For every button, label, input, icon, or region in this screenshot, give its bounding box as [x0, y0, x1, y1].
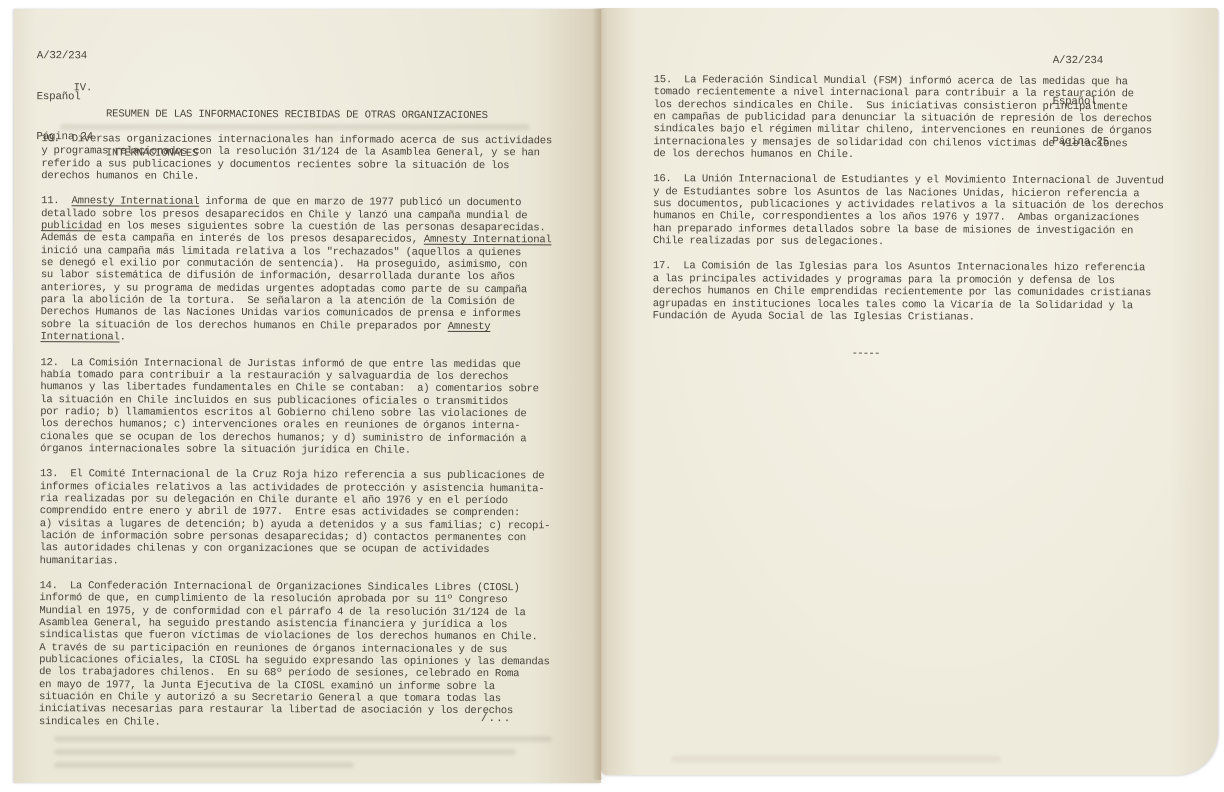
- right-page-body: 15. La Federación Sindical Mundial (FSM)…: [653, 74, 1165, 337]
- paragraph-12: 12. La Comisión Internacional de Jurista…: [40, 357, 551, 458]
- paragraph-17: 17. La Comisión de las Iglesias para los…: [653, 261, 1164, 325]
- underlined-text: Amnesty International: [424, 234, 552, 247]
- paragraph-14: 14. La Confederación Internacional de Or…: [39, 580, 550, 730]
- text-line: Chile realizadas por sus delegaciones.: [653, 235, 1164, 250]
- text-line: sindicales en Chile.: [39, 716, 550, 731]
- page-right: A/32/234 Español Página 25 15. La Federa…: [601, 8, 1218, 775]
- text-line: órganos internacionales sobre la situaci…: [40, 443, 551, 458]
- page-right-content: A/32/234 Español Página 25 15. La Federa…: [598, 7, 1218, 777]
- text-line: de los derechos humanos en Chile.: [653, 148, 1164, 163]
- text-line: Fundación de Ayuda Social de las Iglesia…: [653, 310, 1164, 325]
- doc-number: A/32/234: [37, 50, 94, 64]
- underlined-text: publicidad: [41, 220, 102, 232]
- left-page-body: 10. Diversas organizaciones internaciona…: [39, 133, 552, 743]
- paragraph-16: 16. La Unión Internacional de Estudiante…: [653, 174, 1164, 250]
- underlined-text: Amnesty International: [72, 196, 200, 209]
- section-title-line: RESUMEN DE LAS INFORMACIONES RECIBIDAS D…: [106, 108, 488, 123]
- end-of-section-mark: -----: [851, 348, 879, 360]
- continuation-mark: /...: [481, 713, 511, 725]
- page-left: A/32/234 Español Página 24 IV. RESUMEN D…: [14, 9, 601, 783]
- paragraph-13: 13. El Comité Internacional de la Cruz R…: [40, 468, 551, 569]
- text-line: International.: [41, 331, 552, 346]
- paragraph-10: 10. Diversas organizaciones internaciona…: [41, 133, 552, 185]
- paragraph-15: 15. La Federación Sindical Mundial (FSM)…: [653, 74, 1164, 163]
- text-line: derechos humanos en Chile.: [41, 170, 552, 185]
- underlined-text: Amnesty: [448, 321, 491, 333]
- doc-number: A/32/234: [1053, 55, 1110, 69]
- scanned-document-spread: A/32/234 Español Página 24 IV. RESUMEN D…: [0, 0, 1224, 792]
- text-line: humanitarias.: [40, 555, 551, 570]
- paragraph-11: 11. Amnesty International informa de que…: [41, 195, 552, 345]
- underlined-text: International: [41, 331, 120, 343]
- page-left-content: A/32/234 Español Página 24 IV. RESUMEN D…: [11, 8, 601, 785]
